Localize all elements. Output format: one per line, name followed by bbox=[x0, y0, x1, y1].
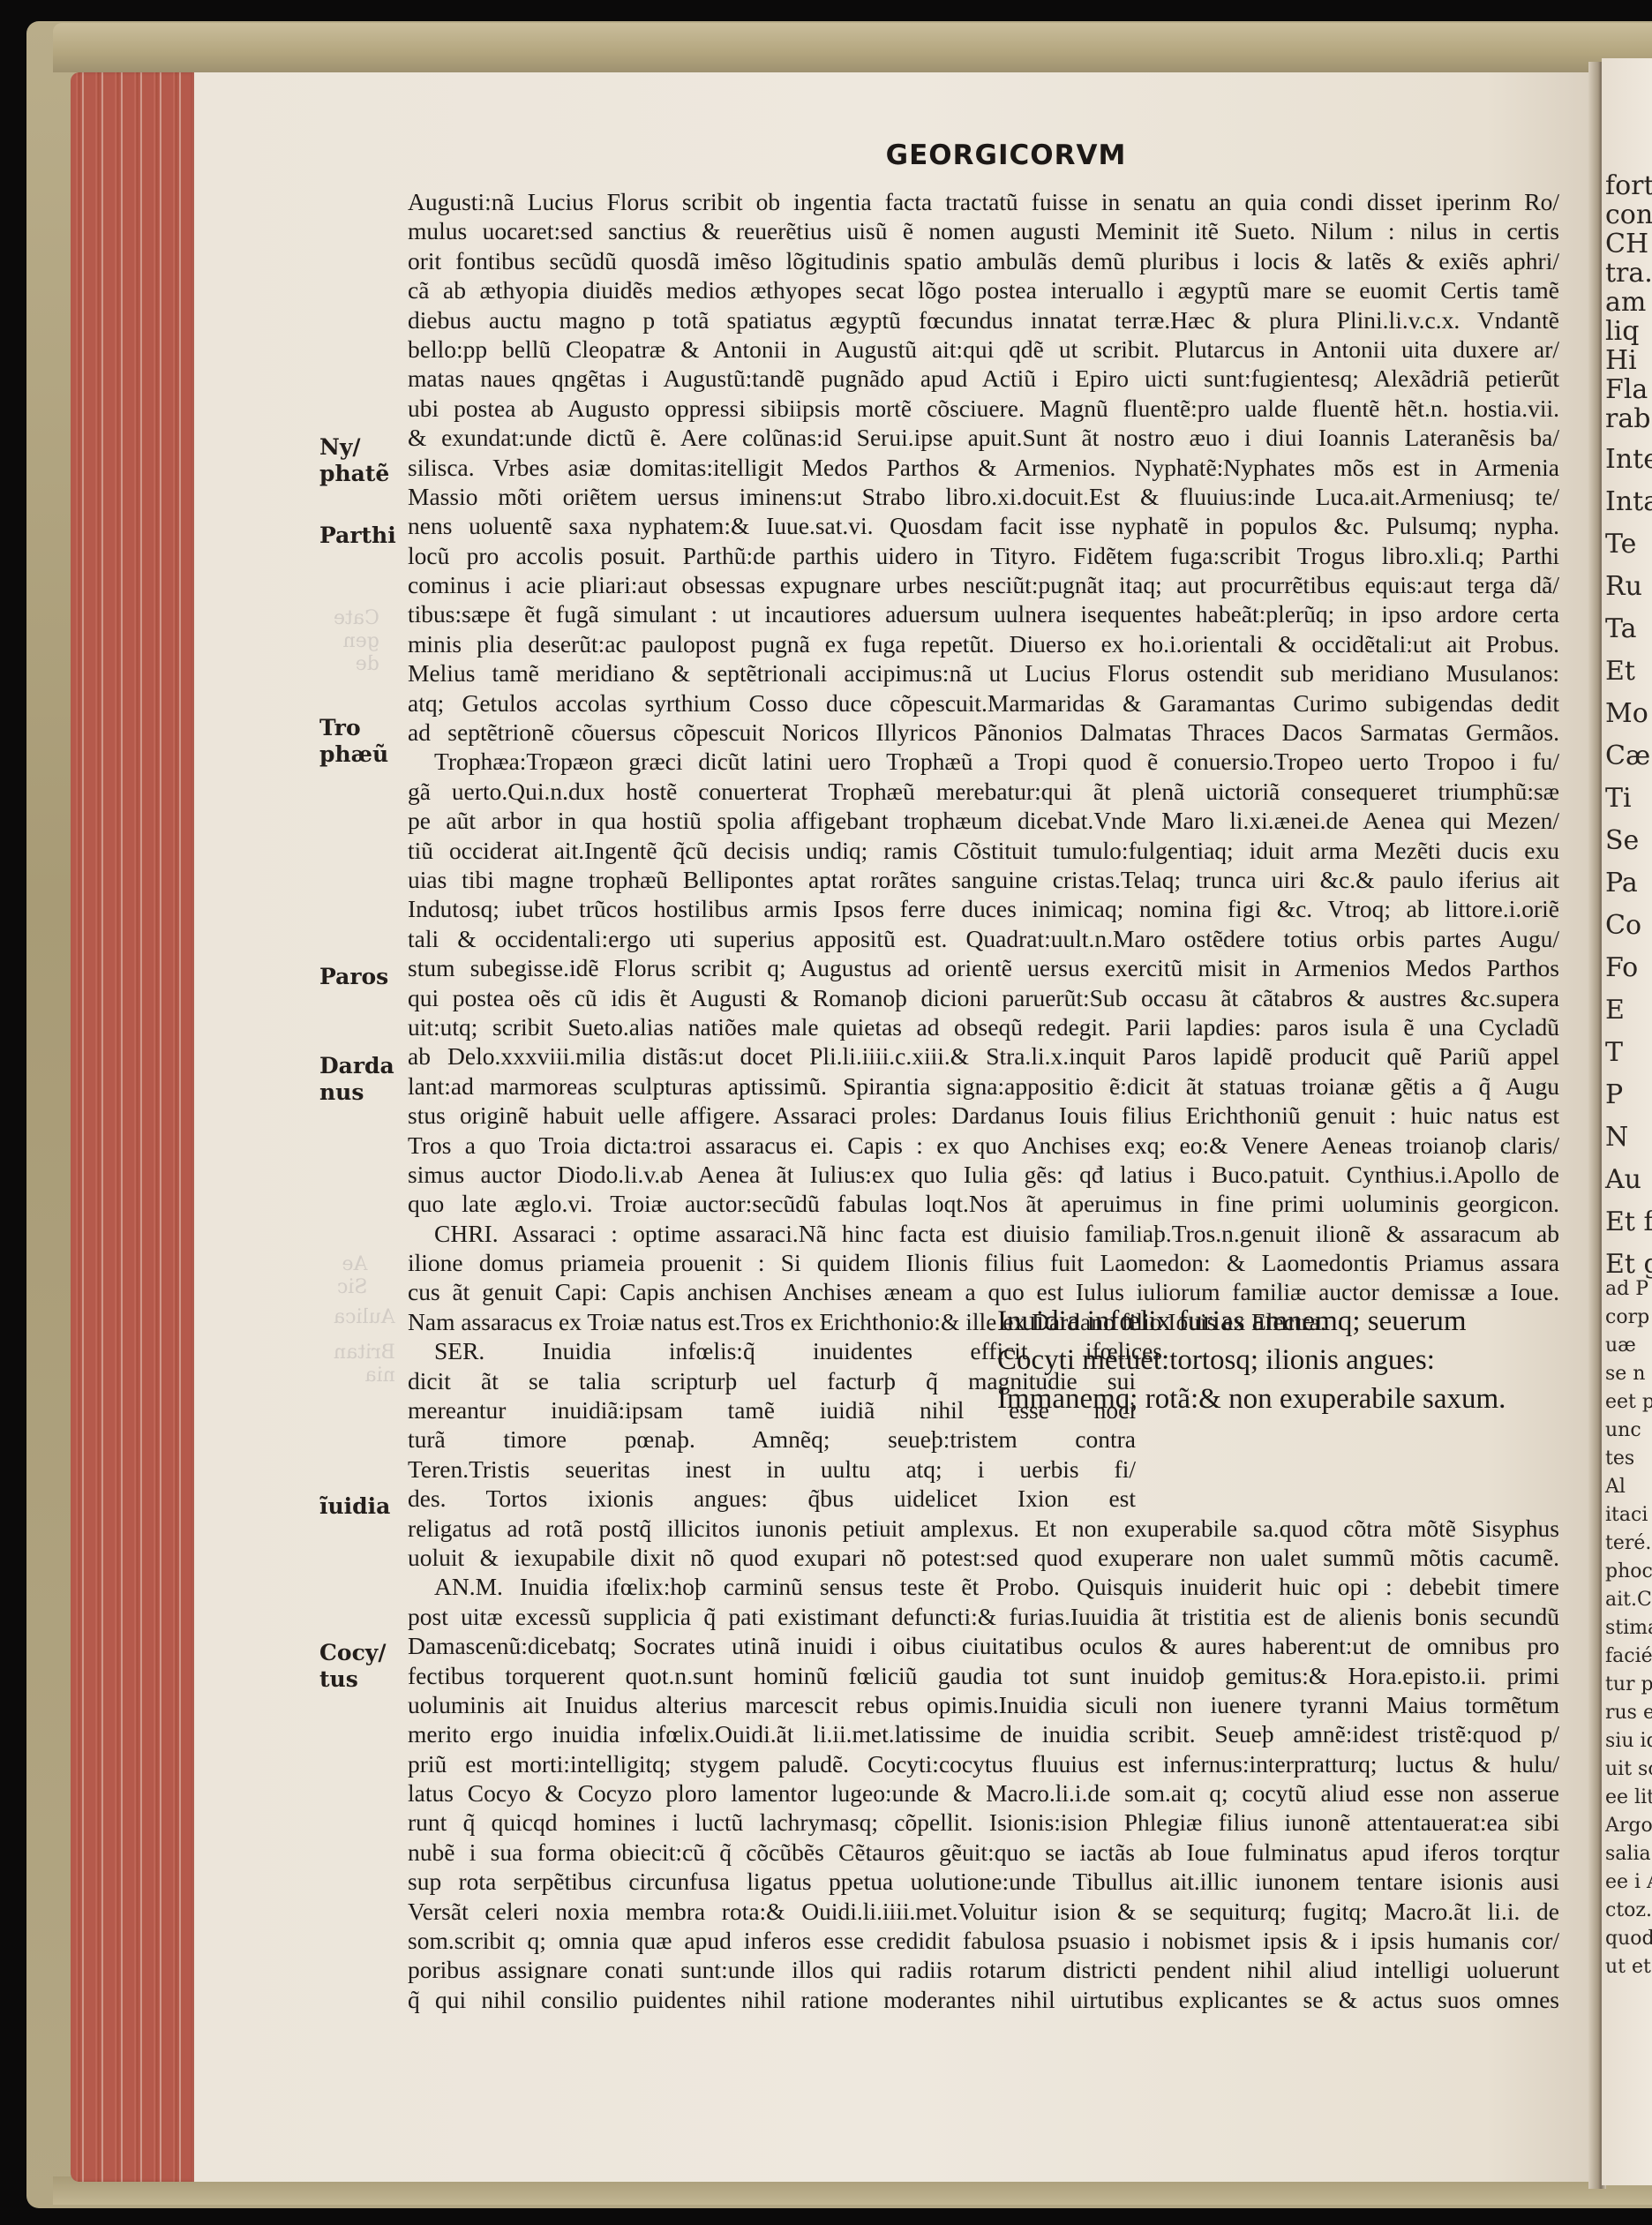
recto-text-fragment: tes bbox=[1605, 1446, 1634, 1472]
text-line: q̃ qui nihil consilio puidentes nihil ra… bbox=[408, 1985, 1559, 2014]
text-line: sup rota serpẽtibus circunfusa ligatus p… bbox=[408, 1867, 1559, 1896]
show-through-marginalia: AeSic bbox=[337, 1253, 367, 1299]
recto-text-fragment: Al bbox=[1605, 1474, 1626, 1500]
recto-text-fragment: quod bbox=[1605, 1926, 1652, 1952]
recto-text-fragment: rus e bbox=[1605, 1700, 1652, 1726]
show-through-marginalia: Britannia bbox=[334, 1342, 395, 1387]
text-line: minis plia deserũt:ac paulopost pugnã ex… bbox=[408, 629, 1559, 658]
text-line: atq; Getulos accolas syrthium Cosso duce… bbox=[408, 688, 1559, 718]
recto-text-fragment: Pa bbox=[1605, 870, 1638, 897]
recto-text-fragment: tur pe bbox=[1605, 1672, 1652, 1698]
commentary-body: Augusti:nã Lucius Florus scribit ob inge… bbox=[408, 187, 1559, 1336]
recto-text-fragment: Ru bbox=[1605, 574, 1642, 600]
text-line: nubẽ i sua forma obiecit:cũ q̃ cõcũbẽs C… bbox=[408, 1838, 1559, 1867]
recto-text-fragment: tra. bbox=[1605, 260, 1652, 287]
recto-text-fragment: itaci bbox=[1605, 1502, 1648, 1529]
show-through-marginalia: Aulica bbox=[334, 1306, 395, 1329]
recto-text-fragment: liq bbox=[1605, 319, 1639, 345]
text-line: tiũ occiderat ait.Ingentẽ q̃cũ decisis u… bbox=[408, 836, 1559, 865]
recto-text-fragment: CH bbox=[1605, 231, 1648, 258]
recto-text-fragment: Inte bbox=[1605, 447, 1652, 473]
recto-text-fragment: Fla bbox=[1605, 377, 1648, 403]
text-line: pe aũt arbor in qua hostiũ spolia affige… bbox=[408, 806, 1559, 835]
text-line: tibus:sæpe ẽt fugã simulant : ut incauti… bbox=[408, 599, 1559, 628]
text-line: diebus auctu magno p totã spatiatus ægyp… bbox=[408, 305, 1559, 335]
recto-text-fragment: ut et P bbox=[1605, 1954, 1652, 1981]
text-line: religatus ad rotã postq̃ illicitos iunon… bbox=[408, 1514, 1559, 1543]
text-line: locũ pro accolis posuit. Parthũ:de parth… bbox=[408, 541, 1559, 570]
text-line: uoluit & iexupabile dixit nõ quod exupar… bbox=[408, 1543, 1559, 1572]
recto-text-fragment: teré. bbox=[1605, 1530, 1651, 1557]
recto-text-fragment: ad P bbox=[1605, 1276, 1648, 1303]
recto-text-fragment: salia P bbox=[1605, 1841, 1652, 1868]
running-head: GEORGICORVM bbox=[874, 139, 1138, 171]
text-line: stus originẽ habuit uelle affigere. Assa… bbox=[408, 1101, 1559, 1130]
text-line: stum subegisse.idẽ Florus scribit q; Aug… bbox=[408, 953, 1559, 982]
text-line: uit:utq; scribit Sueto.alias natiões mal… bbox=[408, 1012, 1559, 1041]
text-line: silisca. Vrbes asiæ domitas:itelligit Me… bbox=[408, 453, 1559, 482]
recto-text-fragment: unc bbox=[1605, 1417, 1641, 1444]
text-line: merito ergo inuidia infœlix.Ouidi.ãt li.… bbox=[408, 1719, 1559, 1748]
recto-text-fragment: N bbox=[1605, 1124, 1628, 1151]
text-line: latus Cocyo & Cocyzo ploro lamentor luge… bbox=[408, 1778, 1559, 1808]
text-line: Damascenũ:dicebatq; Socrates utinã inuid… bbox=[408, 1631, 1559, 1660]
text-line: ab Delo.xxxviii.milia distãs:ut docet Pl… bbox=[408, 1041, 1559, 1071]
margin-note: Ny/phatẽ bbox=[319, 434, 408, 487]
recto-text-fragment: uit scri bbox=[1605, 1756, 1652, 1783]
text-line: post uitæ excessũ supplicia q̃ pati exis… bbox=[408, 1602, 1559, 1631]
recto-text-fragment: ee i Ac bbox=[1605, 1869, 1652, 1896]
text-line: turã timore pœnaþ. Amnẽq; seueþ:tristem … bbox=[408, 1424, 1136, 1454]
text-line: poribus assignare conati sunt:unde illos… bbox=[408, 1955, 1559, 1984]
text-line: Versãt celeri noxia membra rota:& Ouidi.… bbox=[408, 1897, 1559, 1926]
recto-text-fragment: Et g bbox=[1605, 1252, 1652, 1278]
text-line: Massio mõti oriẽtem uersus iminens:ut St… bbox=[408, 482, 1559, 511]
recto-text-fragment: ee litt bbox=[1605, 1785, 1652, 1811]
text-line: CHRI. Assaraci : optime assaraci.Nã hinc… bbox=[408, 1219, 1559, 1248]
recto-text-fragment: se n bbox=[1605, 1361, 1645, 1387]
margin-note: Trophæũ bbox=[319, 715, 408, 768]
margin-note: Paros bbox=[319, 964, 408, 990]
text-line: priũ est morti:intelligitq; stygem palud… bbox=[408, 1749, 1559, 1778]
text-line: ad septẽtrionẽ cõuersus cõpescuit Norico… bbox=[408, 718, 1559, 747]
recto-text-fragment: siu iqu bbox=[1605, 1728, 1652, 1755]
text-line: Teren.Tristis seueritas inest in uultu a… bbox=[408, 1455, 1136, 1484]
text-line: ubi postea ab Augusto oppressi sibiipsis… bbox=[408, 394, 1559, 423]
recto-text-fragment: Cæ bbox=[1605, 743, 1650, 770]
recto-text-fragment: Et bbox=[1605, 658, 1635, 685]
text-line: runt q̃ quicqd homines i luctũ lachrymas… bbox=[408, 1808, 1559, 1837]
commentary-continued: religatus ad rotã postq̃ illicitos iunon… bbox=[408, 1514, 1559, 2015]
binding-top-edge bbox=[53, 23, 1652, 72]
text-line: Melius tamẽ meridiano & septẽtrionali ac… bbox=[408, 658, 1559, 688]
recto-text-fragment: faciéd bbox=[1605, 1643, 1652, 1670]
recto-text-fragment: Au bbox=[1605, 1167, 1641, 1193]
show-through-marginalia: Categende bbox=[334, 607, 379, 676]
recto-text-fragment: Ta bbox=[1605, 616, 1637, 643]
verse-line: Cocyti metuet:tortosq; ilionis angues: bbox=[997, 1341, 1571, 1379]
margin-note: Cocy/tus bbox=[319, 1640, 408, 1693]
recto-text-fragment: phoc bbox=[1605, 1559, 1652, 1585]
margin-note: ĩuidia bbox=[319, 1493, 408, 1520]
recto-text-fragment: Inta bbox=[1605, 489, 1652, 515]
recto-text-fragment: rab bbox=[1605, 406, 1650, 432]
recto-text-fragment: stima bbox=[1605, 1615, 1652, 1642]
text-line: bello:pp bellũ Cleopatræ & Antonii in Au… bbox=[408, 335, 1559, 364]
text-line: des. Tortos ixionis angues: q̃bus uideli… bbox=[408, 1484, 1136, 1513]
text-line: Trophæa:Tropæon græci dicũt latini uero … bbox=[408, 747, 1559, 776]
text-line: Tros a quo Troia dicta:troi assaracus ei… bbox=[408, 1131, 1559, 1160]
recto-text-fragment: ait.C bbox=[1605, 1587, 1652, 1613]
recto-text-fragment: uæ bbox=[1605, 1333, 1636, 1359]
margin-note: Dardanus bbox=[319, 1053, 408, 1106]
recto-text-fragment: Mo bbox=[1605, 701, 1648, 727]
recto-text-fragment: Te bbox=[1605, 531, 1636, 558]
recto-text-fragment: T bbox=[1605, 1040, 1623, 1066]
text-line: Augusti:nã Lucius Florus scribit ob inge… bbox=[408, 187, 1559, 216]
recto-text-fragment: E bbox=[1605, 997, 1625, 1024]
recto-text-fragment: Se bbox=[1605, 828, 1639, 854]
text-line: tali & occidentali:ergo uti superius app… bbox=[408, 924, 1559, 953]
text-line: Indutosq; iubet trũcos hostilibus armis … bbox=[408, 894, 1559, 923]
text-line: qui postea oẽs cũ idis ẽt Augusti & Roma… bbox=[408, 983, 1559, 1012]
text-line: matas naues qngẽtas i Augustũ:tandẽ pugn… bbox=[408, 364, 1559, 393]
text-line: mulus uocaret:sed sanctius & reuerẽtius … bbox=[408, 216, 1559, 245]
recto-text-fragment: corp bbox=[1605, 1304, 1649, 1331]
recto-text-fragment: fort bbox=[1605, 173, 1652, 199]
text-line: cã ab æthyopia diuidẽs medios æthyopes s… bbox=[408, 275, 1559, 304]
text-line: fectibus torquerent quot.n.sunt hominũ f… bbox=[408, 1661, 1559, 1690]
recto-text-fragment: am bbox=[1605, 289, 1646, 316]
text-line: orit fontibus secũdũ quosdã imẽso lõgitu… bbox=[408, 246, 1559, 275]
text-line: AN.M. Inuidia ifœlix:hoþ carminũ sensus … bbox=[408, 1572, 1559, 1601]
recto-text-fragment: Argo bbox=[1605, 1813, 1652, 1839]
text-line: lant:ad marmoreas sculpturas aptissimũ. … bbox=[408, 1071, 1559, 1101]
text-line: nens uoluentẽ saxa nyphatem:& Iuue.sat.v… bbox=[408, 511, 1559, 540]
text-line: uoluminis ait Inuidus alterius marcescit… bbox=[408, 1690, 1559, 1719]
recto-text-fragment: Et fa bbox=[1605, 1209, 1652, 1236]
recto-page-fragment: fortconaCHtra.amliqHiFlarabInteIntaTeRuT… bbox=[1602, 58, 1652, 2185]
text-line: ilione domus priameia prouenit : Si quid… bbox=[408, 1248, 1559, 1277]
recto-text-fragment: Co bbox=[1605, 913, 1641, 939]
text-line: uias tibi magne trophæũ Bellipontes apta… bbox=[408, 865, 1559, 894]
recto-text-fragment: P bbox=[1605, 1082, 1623, 1109]
red-page-edges bbox=[71, 72, 196, 2182]
recto-text-fragment: Ti bbox=[1605, 786, 1632, 812]
margin-note: Parthi bbox=[319, 522, 408, 549]
recto-text-fragment: ctoz. bbox=[1605, 1898, 1652, 1924]
verse-lemma: Inuidia infœlix furias amnemq; seuerum C… bbox=[997, 1302, 1571, 1418]
commentary-text-block: Augusti:nã Lucius Florus scribit ob inge… bbox=[408, 187, 1559, 2014]
text-line: simus auctor Diodo.li.v.ab Aenea ãt Iuli… bbox=[408, 1160, 1559, 1189]
text-line: som.scribit q; omnia quæ apud inferos es… bbox=[408, 1926, 1559, 1955]
recto-text-fragment: eet p bbox=[1605, 1389, 1652, 1416]
verse-line: Immanemq; rotã:& non exuperabile saxum. bbox=[997, 1379, 1571, 1418]
recto-text-fragment: cona bbox=[1605, 202, 1652, 229]
text-line: gã uerto.Qui.n.dux hostẽ conuerterat Tro… bbox=[408, 777, 1559, 806]
text-line: quo late æglo.vi. Troiæ auctor:secũdũ fa… bbox=[408, 1189, 1559, 1218]
text-line: & exundat:unde dictũ ẽ. Aere colũnas:id … bbox=[408, 423, 1559, 452]
verse-line: Inuidia infœlix furias amnemq; seuerum bbox=[997, 1302, 1571, 1341]
text-line: cominus i acie pliari:aut obsessas expug… bbox=[408, 570, 1559, 599]
recto-text-fragment: Hi bbox=[1605, 348, 1637, 374]
recto-text-fragment: Fo bbox=[1605, 955, 1638, 981]
